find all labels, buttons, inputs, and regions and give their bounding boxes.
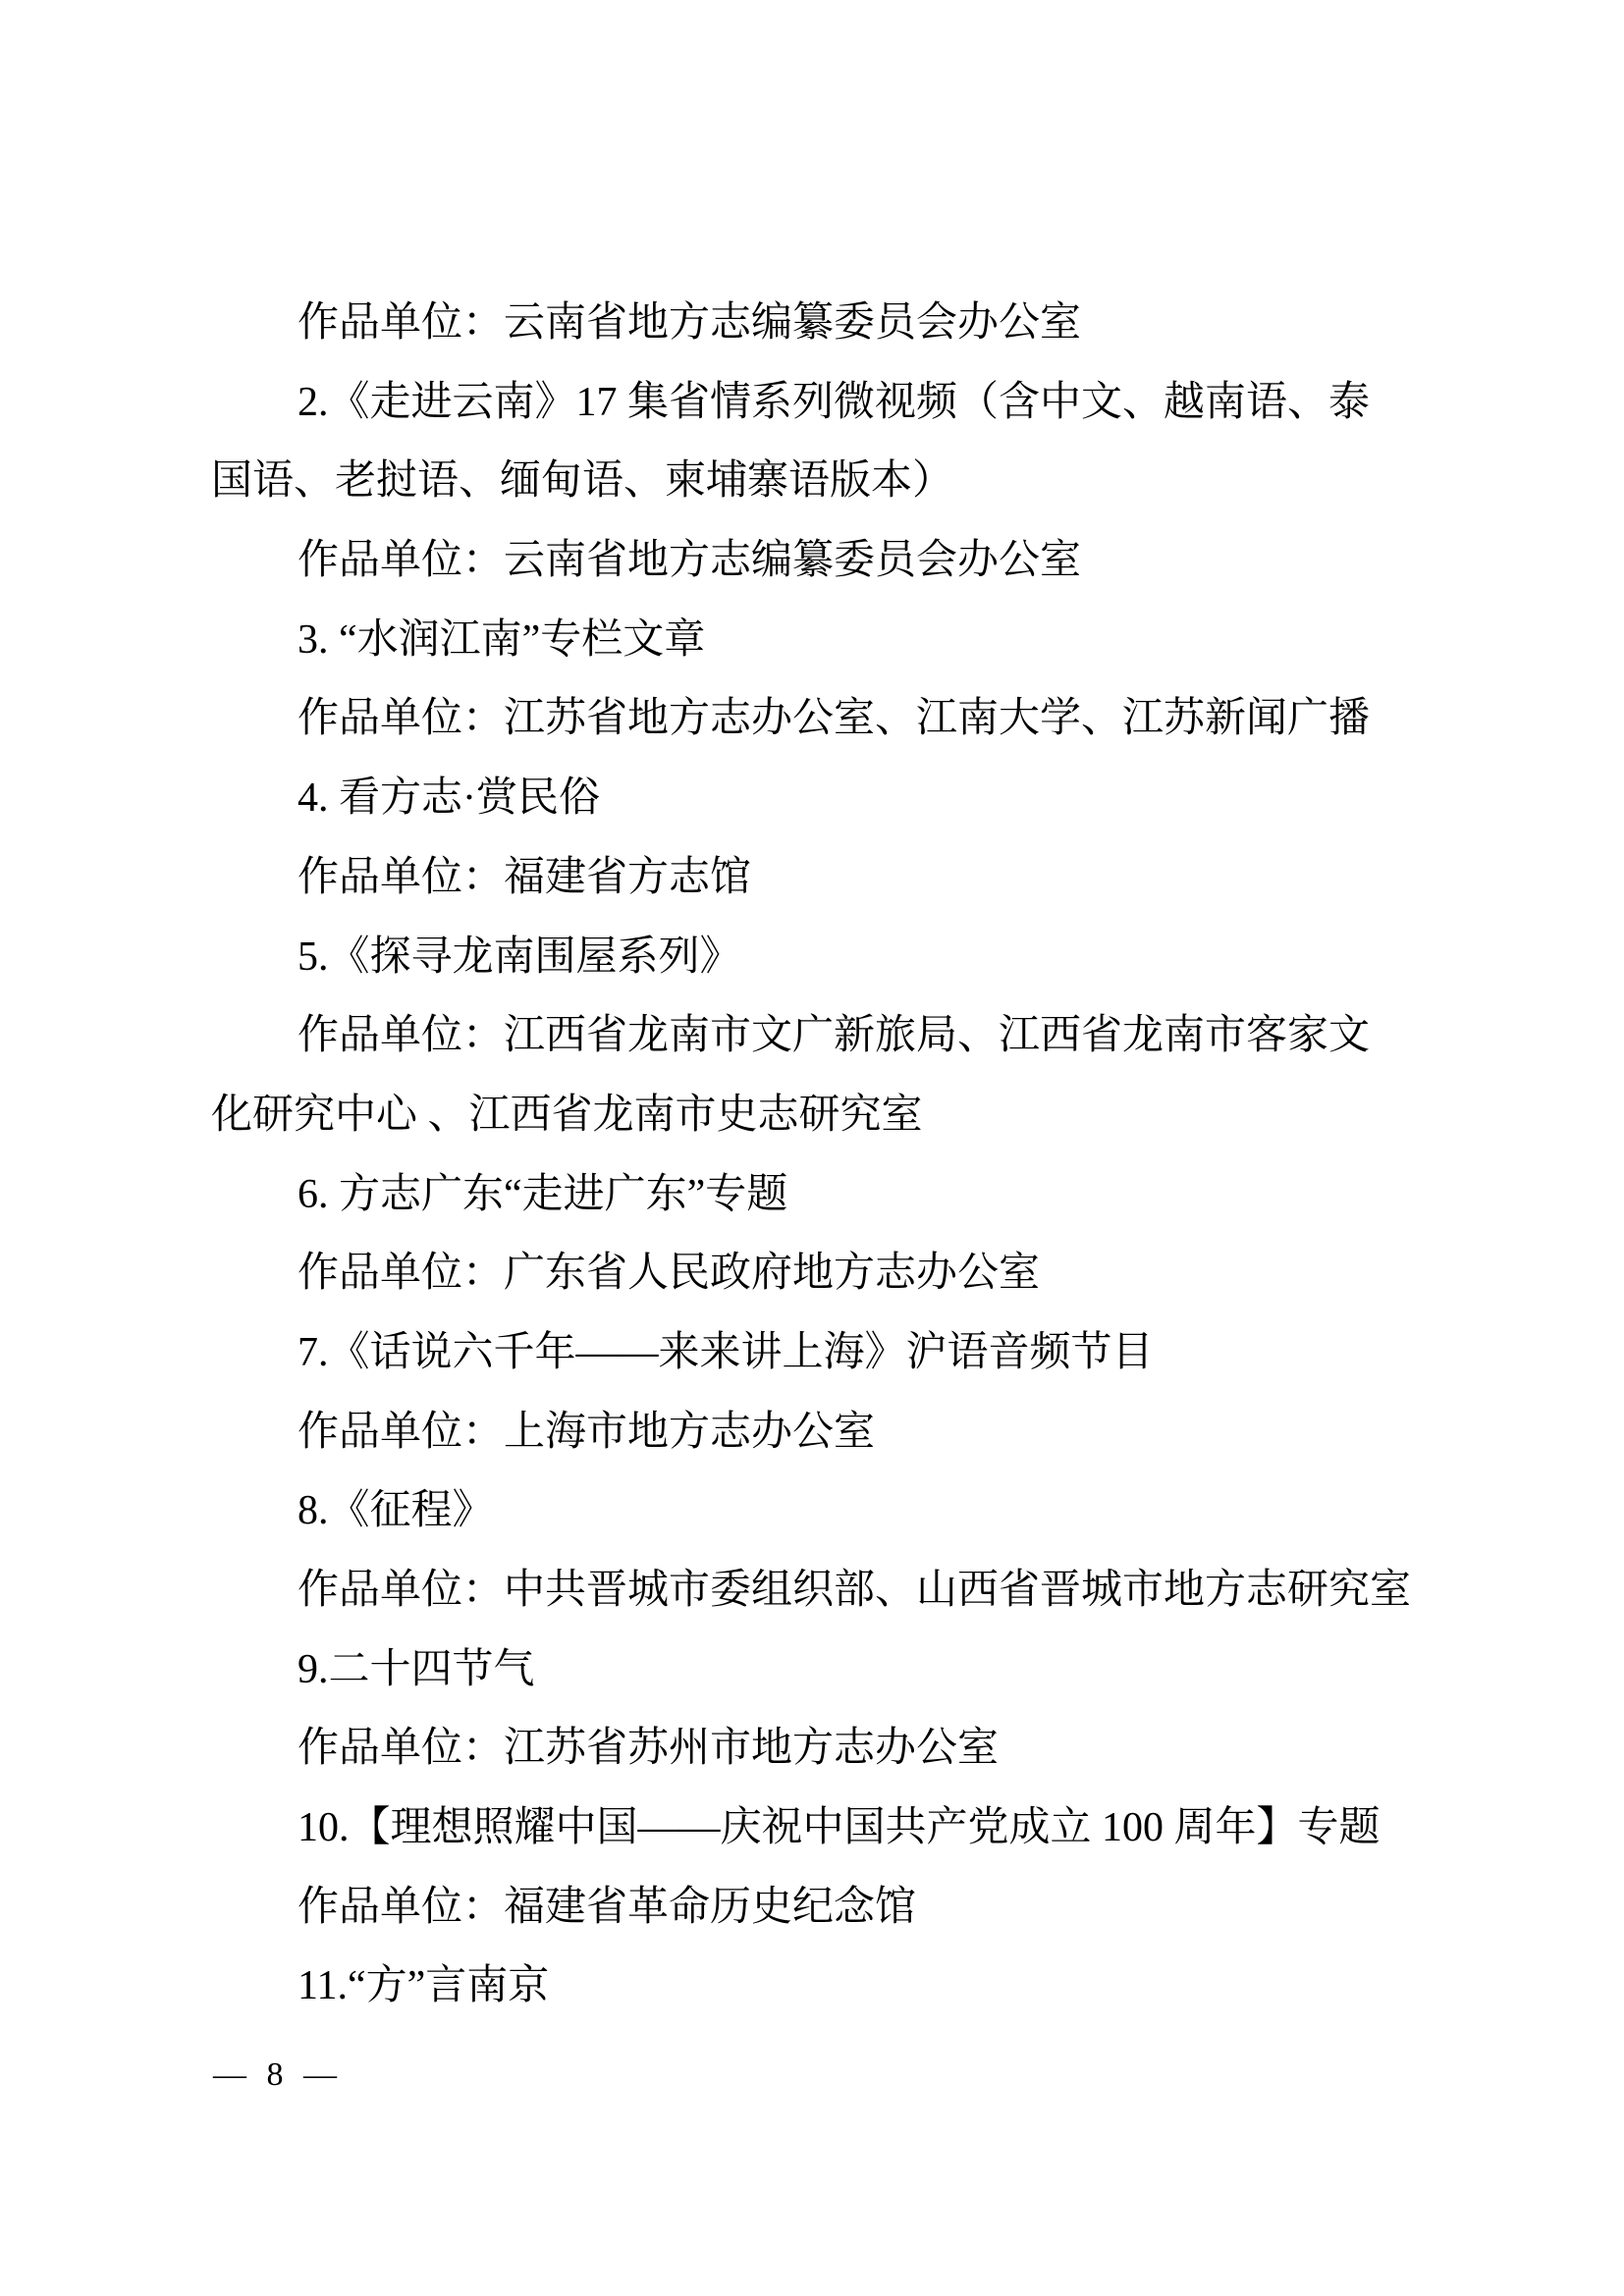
document-line: 作品单位：福建省方志馆 — [211, 838, 1429, 918]
document-line: 5.《探寻龙南围屋系列》 — [211, 918, 1429, 997]
document-line: 作品单位：江苏省苏州市地方志办公室 — [211, 1709, 1429, 1789]
document-line: 6. 方志广东“走进广东”专题 — [211, 1155, 1429, 1235]
document-line: 化研究中心 、江西省龙南市史志研究室 — [211, 1076, 1429, 1155]
page-number: — 8 — — [213, 2054, 337, 2097]
document-line: 作品单位：广东省人民政府地方志办公室 — [211, 1234, 1429, 1313]
document-line: 10.【理想照耀中国——庆祝中国共产党成立 100 周年】专题 — [211, 1789, 1429, 1868]
document-line: 8.《征程》 — [211, 1471, 1429, 1551]
document-line: 作品单位：中共晋城市委组织部、山西省晋城市地方志研究室 — [211, 1551, 1429, 1630]
document-line: 3. “水润江南”专栏文章 — [211, 601, 1429, 680]
document-page: 作品单位：云南省地方志编纂委员会办公室 2.《走进云南》17 集省情系列微视频（… — [0, 0, 1624, 2296]
document-line: 4. 看方志·赏民俗 — [211, 759, 1429, 838]
document-line: 7.《话说六千年——来来讲上海》沪语音频节目 — [211, 1313, 1429, 1393]
document-line: 2.《走进云南》17 集省情系列微视频（含中文、越南语、泰 — [211, 363, 1429, 443]
document-line: 作品单位：云南省地方志编纂委员会办公室 — [211, 521, 1429, 601]
document-line: 作品单位：江西省龙南市文广新旅局、江西省龙南市客家文 — [211, 996, 1429, 1076]
document-line: 11.“方”言南京 — [211, 1947, 1429, 2026]
document-line: 9.二十四节气 — [211, 1630, 1429, 1710]
document-body: 作品单位：云南省地方志编纂委员会办公室 2.《走进云南》17 集省情系列微视频（… — [211, 284, 1429, 2026]
document-line: 作品单位：上海市地方志办公室 — [211, 1393, 1429, 1472]
document-line: 作品单位：福建省革命历史纪念馆 — [211, 1868, 1429, 1948]
document-line: 作品单位：江苏省地方志办公室、江南大学、江苏新闻广播 — [211, 679, 1429, 759]
document-line: 作品单位：云南省地方志编纂委员会办公室 — [211, 284, 1429, 363]
document-line: 国语、老挝语、缅甸语、柬埔寨语版本） — [211, 442, 1429, 521]
